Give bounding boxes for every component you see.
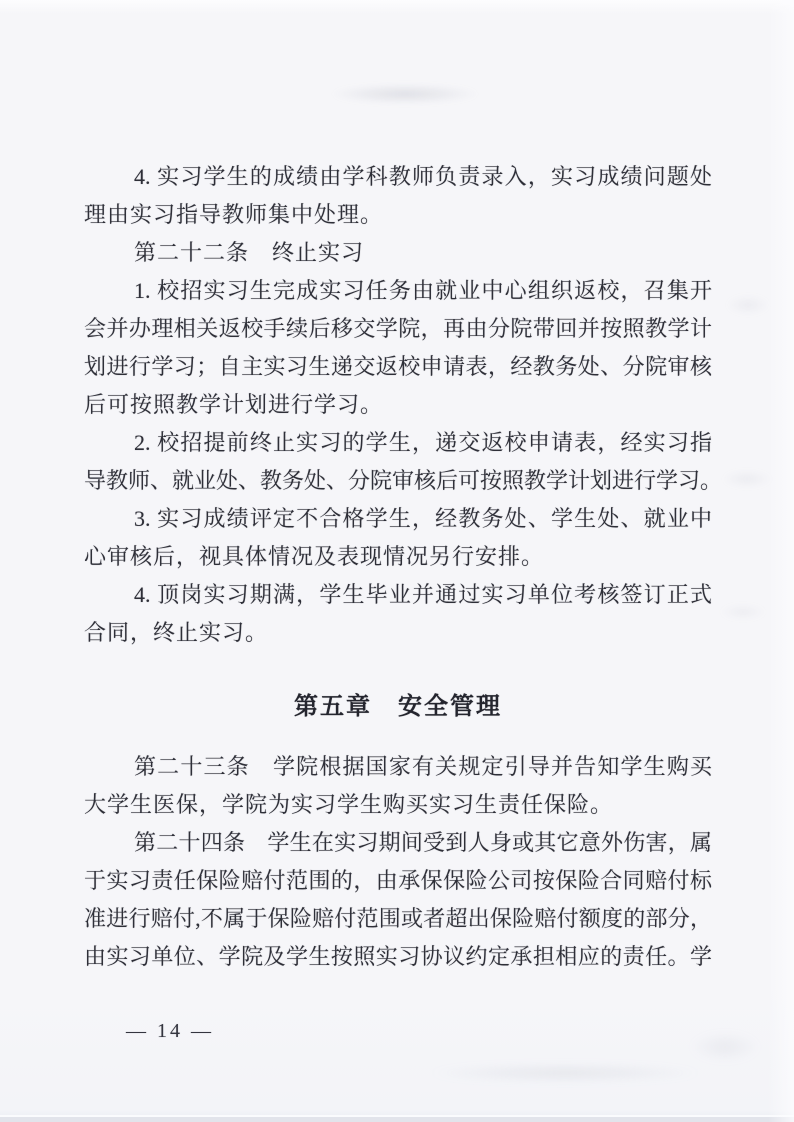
scanned-document-page: 4. 实习学生的成绩由学科教师负责录入，实习成绩问题处 理由实习指导教师集中处理… [0, 0, 794, 1122]
body-line: 由实习单位、学院及学生按照实习协议约定承担相应的责任。学 [84, 938, 712, 976]
body-line: 大学生医保，学院为实习学生购买实习生责任保险。 [84, 786, 712, 824]
scan-smudge [722, 470, 772, 488]
article-heading-line: 第二十四条 学生在实习期间受到人身或其它意外伤害，属 [84, 824, 712, 862]
document-body-section-2: 第二十三条 学院根据国家有关规定引导并告知学生购买 大学生医保，学院为实习学生购… [84, 748, 712, 976]
document-body-section-1: 4. 实习学生的成绩由学科教师负责录入，实习成绩问题处 理由实习指导教师集中处理… [84, 158, 712, 652]
page-bottom-edge [0, 1115, 794, 1122]
body-line: 4. 顶岗实习期满，学生毕业并通过实习单位考核签订正式 [84, 576, 712, 614]
scan-smudge [726, 295, 770, 315]
scan-smudge [430, 1064, 700, 1082]
page-number: — 14 — [126, 1020, 214, 1043]
body-line: 1. 校招实习生完成实习任务由就业中心组织返校，召集开 [84, 272, 712, 310]
body-line: 3. 实习成绩评定不合格学生，经教务处、学生处、就业中 [84, 500, 712, 538]
scan-smudge [690, 1032, 760, 1062]
article-heading-line: 第二十二条 终止实习 [84, 234, 712, 272]
body-line: 会并办理相关返校手续后移交学院，再由分院带回并按照教学计 [84, 310, 712, 348]
body-line: 2. 校招提前终止实习的学生，递交返校申请表，经实习指 [84, 424, 712, 462]
body-line: 心审核后，视具体情况及表现情况另行安排。 [84, 538, 712, 576]
chapter-heading: 第五章 安全管理 [84, 686, 712, 721]
body-line: 合同，终止实习。 [84, 614, 712, 652]
scan-smudge [720, 604, 766, 620]
body-line: 4. 实习学生的成绩由学科教师负责录入，实习成绩问题处 [84, 158, 712, 196]
body-line: 理由实习指导教师集中处理。 [84, 196, 712, 234]
article-heading-line: 第二十三条 学院根据国家有关规定引导并告知学生购买 [84, 748, 712, 786]
body-line: 导教师、就业处、教务处、分院审核后可按照教学计划进行学习。 [84, 462, 712, 500]
body-line: 于实习责任保险赔付范围的，由承保保险公司按保险合同赔付标 [84, 862, 712, 900]
body-line: 准进行赔付,不属于保险赔付范围或者超出保险赔付额度的部分， [84, 900, 712, 938]
body-line: 划进行学习；自主实习生递交返校申请表，经教务处、分院审核 [84, 348, 712, 386]
body-line: 后可按照教学计划进行学习。 [84, 386, 712, 424]
scan-smudge [330, 84, 480, 104]
